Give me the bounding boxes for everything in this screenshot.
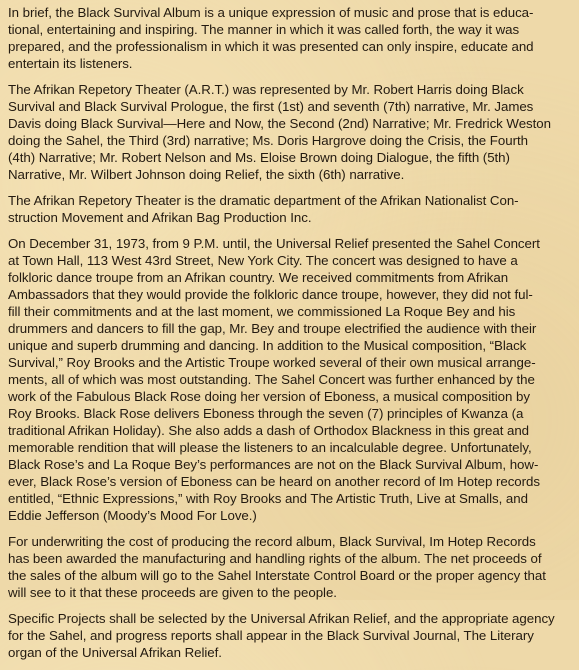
paragraph-album-summary: In brief, the Black Survival Album is a … bbox=[8, 4, 576, 72]
text-line: On December 31, 1973, from 9 P.M. until,… bbox=[8, 235, 576, 252]
text-line: memorable rendition that will please the… bbox=[8, 439, 576, 456]
text-line: Ambassadors that they would provide the … bbox=[8, 286, 576, 303]
paragraph-repetory-theater-cast: The Afrikan Repetory Theater (A.R.T.) wa… bbox=[8, 81, 576, 183]
text-line: Davis doing Black Survival—Here and Now,… bbox=[8, 115, 576, 132]
text-line: drummers and dancers to fill the gap, Mr… bbox=[8, 320, 576, 337]
paragraph-repetory-theater-department: The Afrikan Repetory Theater is the dram… bbox=[8, 192, 576, 226]
text-line: will see to it that these proceeds are g… bbox=[8, 584, 576, 600]
text-line: ever, Black Rose’s version of Eboness ca… bbox=[8, 473, 576, 490]
paragraph-underwriting: For underwriting the cost of producing t… bbox=[8, 533, 576, 600]
text-line: Narrative, Mr. Wilbert Johnson doing Rel… bbox=[8, 166, 576, 183]
text-line: struction Movement and Afrikan Bag Produ… bbox=[8, 209, 576, 226]
paragraph-sahel-concert: On December 31, 1973, from 9 P.M. until,… bbox=[8, 235, 576, 524]
text-line: ments, all of which was most outstanding… bbox=[8, 371, 576, 388]
text-line: The Afrikan Repetory Theater is the dram… bbox=[8, 192, 576, 209]
text-line: entertain its listeners. bbox=[8, 55, 576, 72]
text-line: (4th) Narrative; Mr. Robert Nelson and M… bbox=[8, 149, 576, 166]
text-line: The Afrikan Repetory Theater (A.R.T.) wa… bbox=[8, 81, 576, 98]
text-line: unique and superb drumming and dancing. … bbox=[8, 337, 576, 354]
text-line: at Town Hall, 113 West 43rd Street, New … bbox=[8, 252, 576, 269]
text-line: Eddie Jefferson (Moody’s Mood For Love.) bbox=[8, 507, 576, 524]
text-line: For underwriting the cost of producing t… bbox=[8, 533, 576, 550]
text-line: entitled, “Ethnic Expressions,” with Roy… bbox=[8, 490, 576, 507]
text-line: Survival,” Roy Brooks and the Artistic T… bbox=[8, 354, 576, 371]
text-line: the sales of the album will go to the Sa… bbox=[8, 567, 576, 584]
text-line: doing the Sahel, the Third (3rd) narrati… bbox=[8, 132, 576, 149]
text-line: prepared, and the professionalism in whi… bbox=[8, 38, 576, 55]
liner-notes-page: In brief, the Black Survival Album is a … bbox=[8, 4, 576, 600]
text-line: folkloric dance troupe from an Afrikan c… bbox=[8, 269, 576, 286]
text-line: In brief, the Black Survival Album is a … bbox=[8, 4, 576, 21]
text-line: Black Rose’s and La Roque Bey’s performa… bbox=[8, 456, 576, 473]
text-line: Roy Brooks. Black Rose delivers Eboness … bbox=[8, 405, 576, 422]
text-line: Survival and Black Survival Prologue, th… bbox=[8, 98, 576, 115]
text-line: traditional Afrikan Holiday). She also a… bbox=[8, 422, 576, 439]
text-line: tional, entertaining and inspiring. The … bbox=[8, 21, 576, 38]
text-line: has been awarded the manufacturing and h… bbox=[8, 550, 576, 567]
text-line: fill their commitments and at the last m… bbox=[8, 303, 576, 320]
text-line: work of the Fabulous Black Rose doing he… bbox=[8, 388, 576, 405]
